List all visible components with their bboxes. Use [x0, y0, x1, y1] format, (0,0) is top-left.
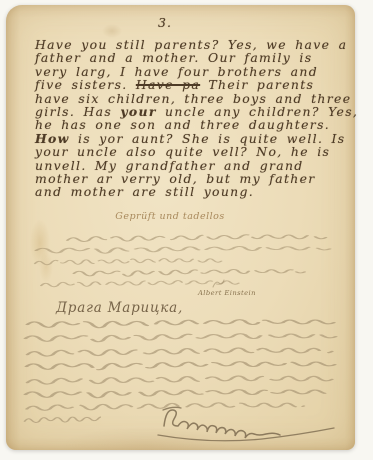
grading-note-header: Geprüft und tadellos: [110, 211, 230, 222]
exercise-line: mother ar verry old, but my father: [35, 172, 358, 185]
exercise-line: he has one son and three daughters.: [35, 118, 358, 131]
page-number: 3.: [158, 15, 172, 30]
serbian-note-line: [19, 332, 355, 345]
serbian-note-line: [21, 318, 353, 331]
serbian-note-line: [21, 346, 351, 359]
german-note-line: [31, 257, 233, 267]
line-text: Their parents: [200, 77, 314, 92]
exercise-line: very larg, I have four brothers and: [35, 65, 358, 78]
exercise-line: and mother are still young.: [35, 185, 358, 198]
german-note-line: [62, 233, 342, 244]
exercise-line: How is yor aunt? She is quite well. Is: [35, 132, 358, 145]
exercise-line: have six children, three boys and three: [35, 92, 358, 105]
einstein-signature: Albert Einstein: [198, 289, 256, 297]
serbian-note-line: [21, 374, 351, 387]
serbian-note-line: [20, 360, 354, 373]
flourish-mark: [211, 279, 225, 289]
letter-page: 3. Have you still parents? Yes, we have …: [6, 5, 355, 450]
exercise-line: Have you still parents? Yes, we have a: [35, 38, 358, 51]
serbian-salutation: Драга Марицка,: [56, 300, 183, 316]
exercise-line: girls. Has your uncle any children? Yes,: [35, 105, 358, 118]
exercise-line: father and a mother. Our family is: [35, 51, 358, 64]
serbian-note-line: [21, 414, 101, 425]
exercise-line: your uncle also quite vell? No, he is: [35, 145, 358, 158]
german-note-line: [69, 268, 319, 279]
german-note-line: [30, 245, 348, 256]
line-text: five sisters.: [35, 77, 136, 92]
struck-words: Have pa: [136, 77, 200, 92]
english-exercise: Have you still parents? Yes, we have a f…: [35, 38, 358, 199]
exercise-line: unvell. My grandfather and grand: [35, 159, 358, 172]
exercise-line: five sisters. Have pa Their parents: [35, 78, 358, 91]
serbian-signature: [154, 399, 338, 443]
